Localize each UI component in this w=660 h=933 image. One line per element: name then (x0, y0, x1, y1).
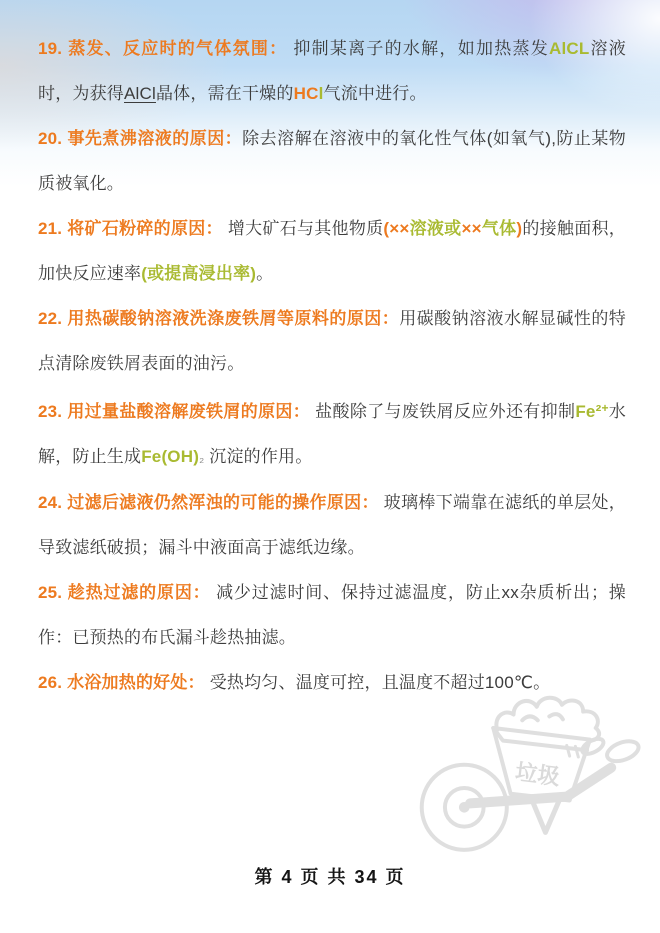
body-text: 抑制某离子的水解，如加热蒸发 (287, 39, 549, 58)
item-title: 事先煮沸溶液的原因： (67, 129, 242, 148)
note-item: 23. 用过量盐酸溶解废铁屑的原因： 盐酸除了与废铁屑反应外还有抑制Fe²+水解… (38, 386, 626, 480)
item-title: 用热碳酸钠溶液洗涤废铁屑等原料的原因： (67, 309, 399, 328)
note-item: 24. 过滤后滤液仍然浑浊的可能的操作原因： 玻璃棒下端靠在滤纸的单层处，导致滤… (38, 480, 626, 570)
body-text: (×× (383, 219, 409, 238)
wheelbarrow-watermark: 垃圾 (414, 687, 646, 857)
item-title: 趁热过滤的原因： (68, 583, 211, 602)
note-item: 25. 趁热过滤的原因： 减少过滤时间、保持过滤温度，防止xx杂质析出；操作：已… (38, 570, 626, 660)
body-text: 盐酸除了与废铁屑反应外还有抑制 (310, 402, 575, 421)
body-text: 气流中进行。 (324, 84, 427, 103)
body-text: 增大矿石与其他物质 (223, 219, 384, 238)
item-number: 19. (38, 39, 68, 58)
item-number: 26. (38, 673, 67, 692)
body-text: (或提高浸出率) (141, 264, 256, 283)
item-title: 水浴加热的好处： (67, 673, 205, 692)
body-text: 沉淀的作用。 (204, 447, 312, 466)
body-text: 溶液或 (410, 219, 462, 238)
body-text: Fe² (575, 402, 601, 421)
study-notes-page: 19. 蒸发、反应时的气体氛围： 抑制某离子的水解，如加热蒸发AlCL溶液时，为… (0, 0, 660, 933)
item-title: 将矿石粉碎的原因： (67, 219, 223, 238)
trash-lump (522, 714, 563, 720)
note-item: 21. 将矿石粉碎的原因： 增大矿石与其他物质(××溶液或××气体)的接触面积，… (38, 206, 626, 296)
item-title: 过滤后滤液仍然浑浊的可能的操作原因： (67, 493, 379, 512)
body-text: + (601, 401, 608, 415)
watermark-text: 垃圾 (514, 758, 562, 789)
body-text: 晶体，需在干燥的 (156, 84, 294, 103)
notes-list: 19. 蒸发、反应时的气体氛围： 抑制某离子的水解，如加热蒸发AlCL溶液时，为… (38, 26, 626, 705)
body-text: 气体 (482, 219, 517, 238)
handle-grip-right (604, 737, 641, 765)
body-text: AlCL (549, 39, 589, 58)
page-number-footer: 第 4 页 共 34 页 (0, 863, 660, 889)
item-number: 25. (38, 583, 68, 602)
item-title: 用过量盐酸溶解废铁屑的原因： (67, 402, 310, 421)
body-text: ×× (461, 219, 481, 238)
body-text: HC (294, 84, 319, 103)
item-number: 23. (38, 402, 67, 421)
item-title: 蒸发、反应时的气体氛围： (68, 39, 287, 58)
body-text: 。 (256, 264, 273, 283)
item-number: 21. (38, 219, 67, 238)
body-text: Fe(OH) (141, 447, 199, 466)
item-number: 22. (38, 309, 67, 328)
note-item: 19. 蒸发、反应时的气体氛围： 抑制某离子的水解，如加热蒸发AlCL溶液时，为… (38, 26, 626, 116)
body-text: AlCl (124, 84, 156, 103)
note-item: 20. 事先煮沸溶液的原因：除去溶解在溶液中的氧化性气体(如氧气),防止某物质被… (38, 116, 626, 206)
item-number: 20. (38, 129, 67, 148)
note-item: 22. 用热碳酸钠溶液洗涤废铁屑等原料的原因：用碳酸钠溶液水解显碱性的特点清除废… (38, 296, 626, 386)
item-number: 24. (38, 493, 67, 512)
